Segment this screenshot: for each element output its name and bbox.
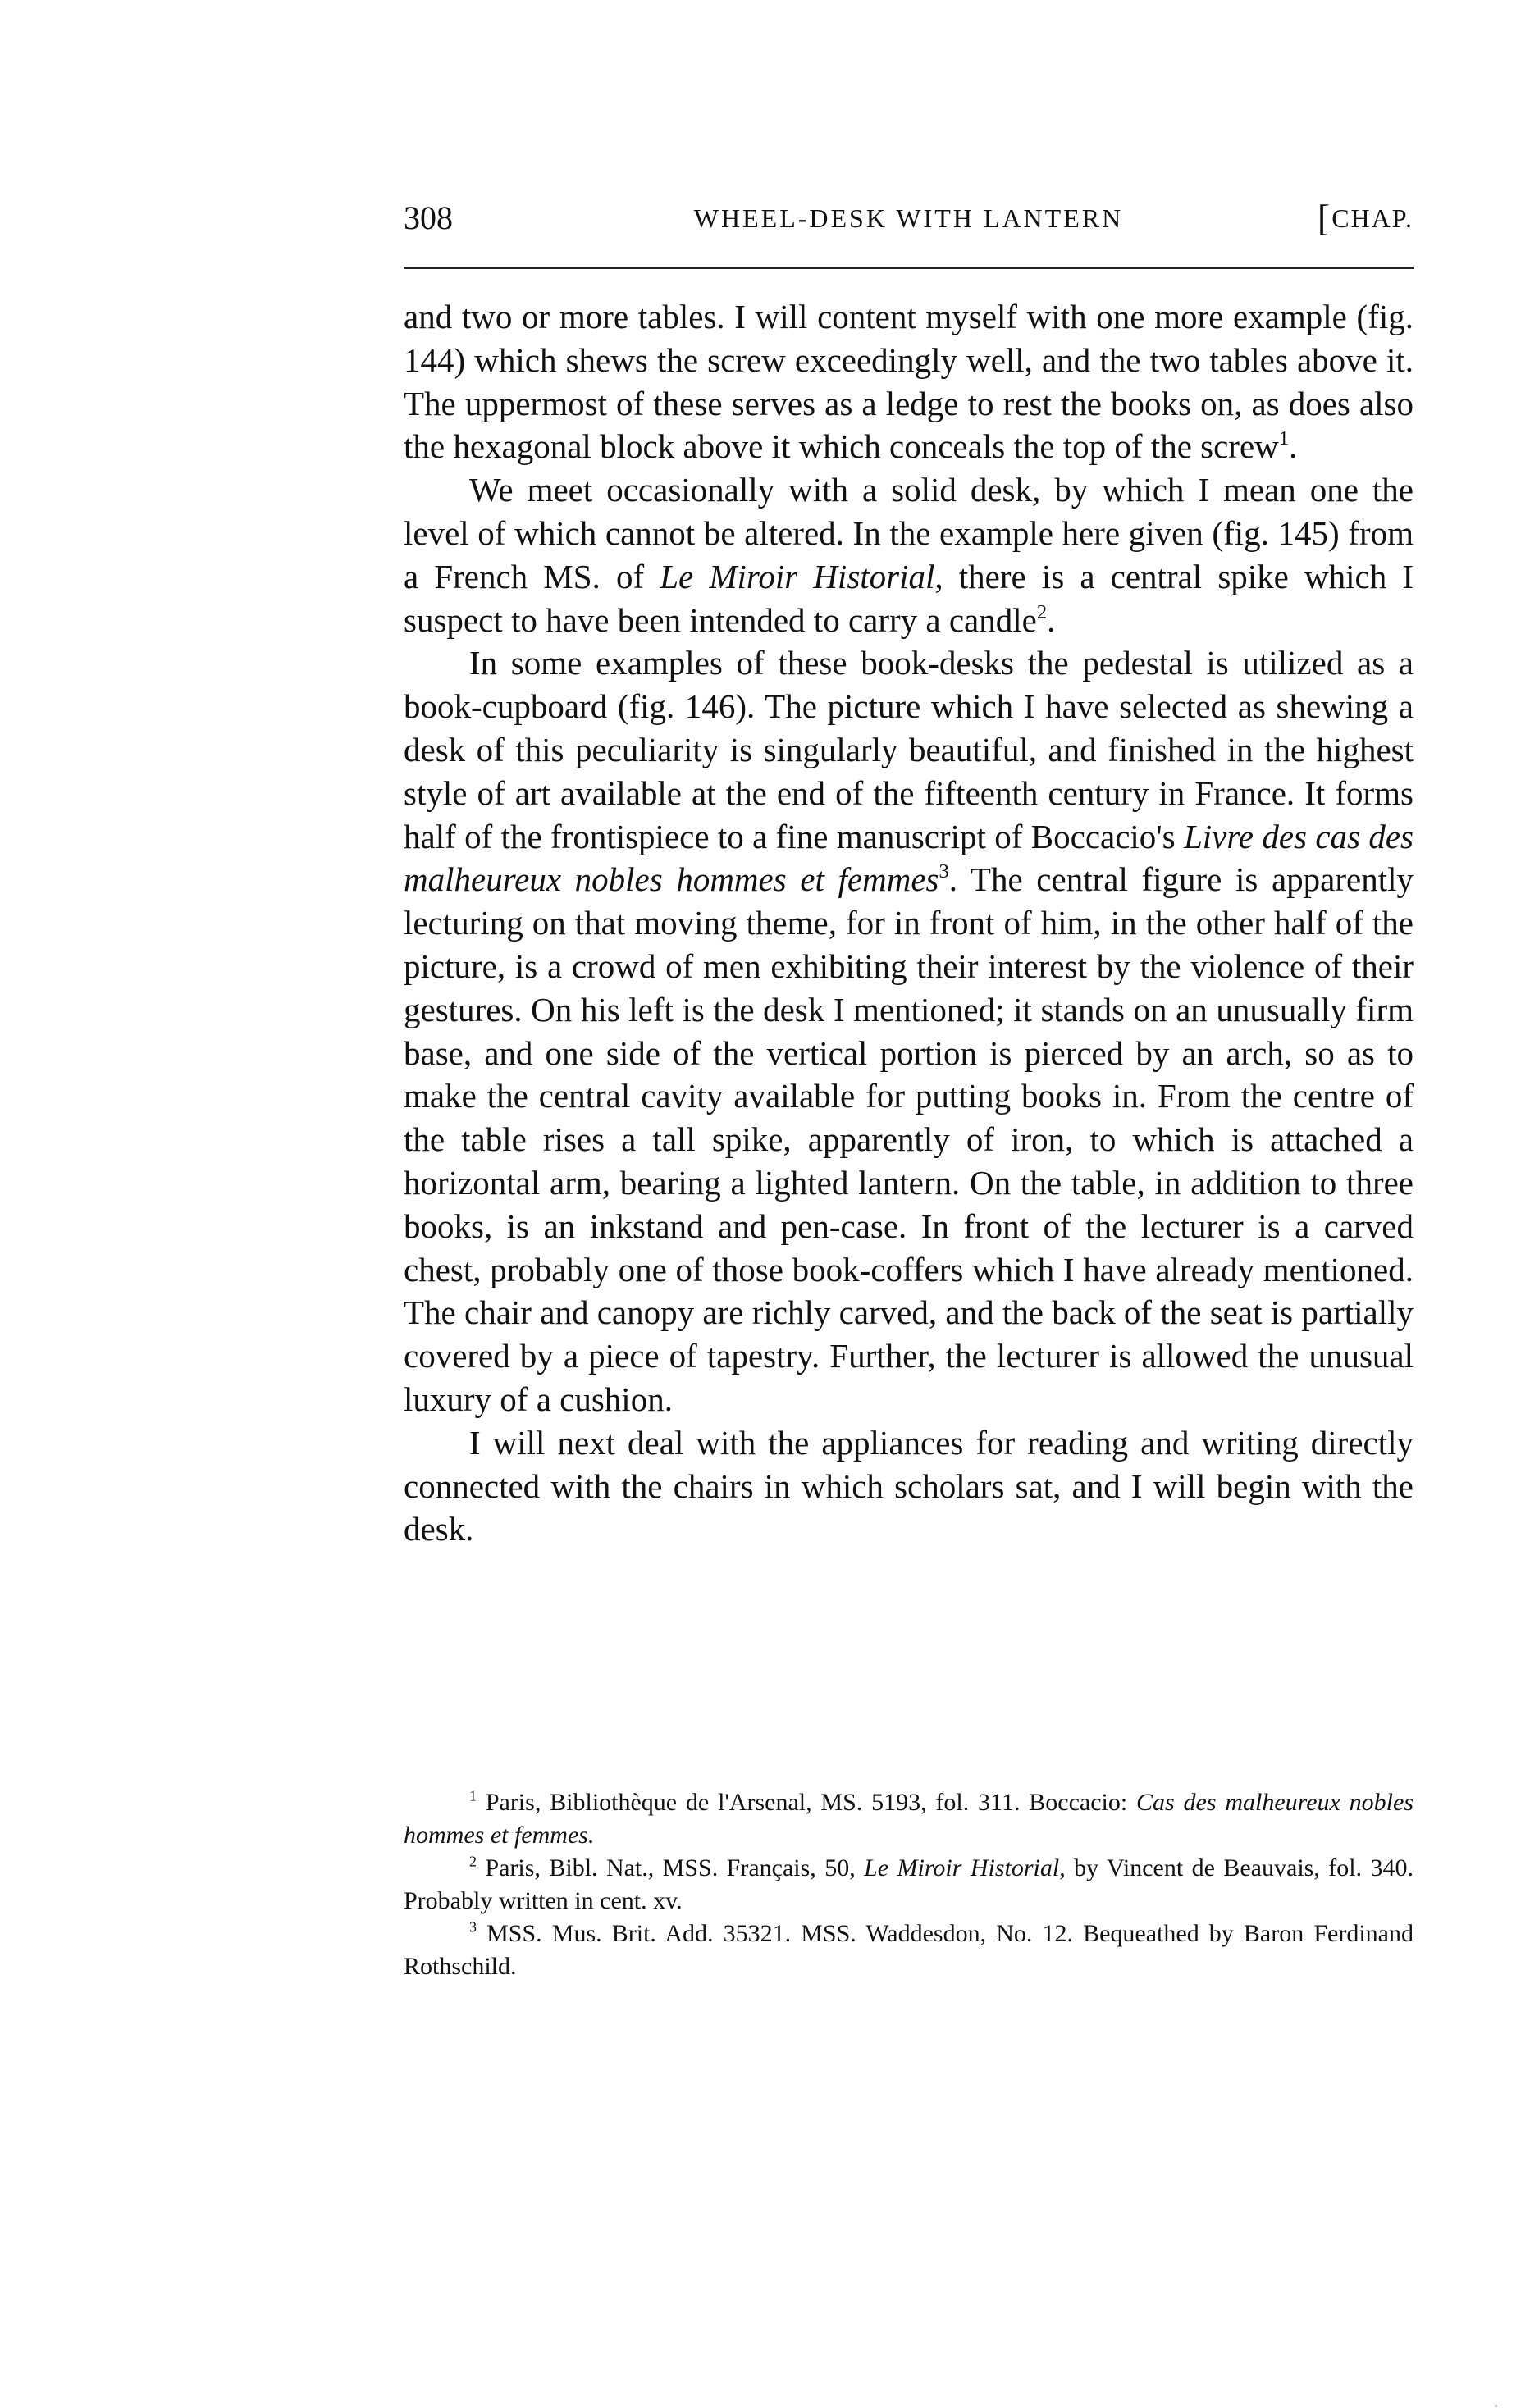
paragraph-text: . [1289, 427, 1297, 465]
paragraph-3: In some examples of these book-desks the… [404, 641, 1414, 1421]
footnote-text: Paris, Bibliothèque de l'Arsenal, MS. 51… [477, 1789, 1136, 1816]
footnote-number: 3 [469, 1918, 477, 1935]
footnote-3: 3 MSS. Mus. Brit. Add. 35321. MSS. Wadde… [404, 1918, 1414, 1983]
paragraph-text: . [1047, 601, 1055, 639]
footnote-1: 1 Paris, Bibliothèque de l'Arsenal, MS. … [404, 1786, 1414, 1852]
paragraph-text: I will next deal with the appliances for… [404, 1424, 1414, 1548]
paragraph-4: I will next deal with the appliances for… [404, 1421, 1414, 1551]
body-text: and two or more tables. I will content m… [404, 295, 1414, 1551]
footnote-ref-1: 1 [1279, 427, 1289, 449]
footnote-number: 1 [469, 1787, 477, 1804]
running-title: WHEEL-DESK WITH LANTERN [404, 194, 1414, 243]
footnote-2: 2 Paris, Bibl. Nat., MSS. Français, 50, … [404, 1852, 1414, 1918]
italic-title: Le Miroir Historial [660, 558, 934, 595]
chapter-marker: [CHAP. [1318, 194, 1414, 243]
chapter-bracket: [ [1318, 197, 1331, 239]
paragraph-text: and two or more tables. I will content m… [404, 298, 1414, 465]
footnote-text: Paris, Bibl. Nat., MSS. Français, 50, [477, 1854, 864, 1881]
paragraph-text: . The central figure is apparently lectu… [404, 860, 1414, 1418]
footnote-ref-2: 2 [1037, 601, 1047, 623]
running-head: 308 WHEEL-DESK WITH LANTERN [CHAP. [404, 194, 1414, 243]
scan-speck [1495, 2405, 1497, 2407]
chapter-label: CHAP. [1331, 203, 1414, 233]
paragraph-2: We meet occasionally with a solid desk, … [404, 468, 1414, 641]
footnote-ref-3: 3 [939, 860, 949, 882]
footnote-italic: Le Miroir Historial [864, 1854, 1059, 1881]
footnote-text: MSS. Mus. Brit. Add. 35321. MSS. Waddesd… [404, 1920, 1414, 1980]
footnotes: 1 Paris, Bibliothèque de l'Arsenal, MS. … [404, 1786, 1414, 1983]
header-rule [404, 267, 1414, 269]
footnote-number: 2 [469, 1853, 477, 1869]
paragraph-1: and two or more tables. I will content m… [404, 295, 1414, 468]
